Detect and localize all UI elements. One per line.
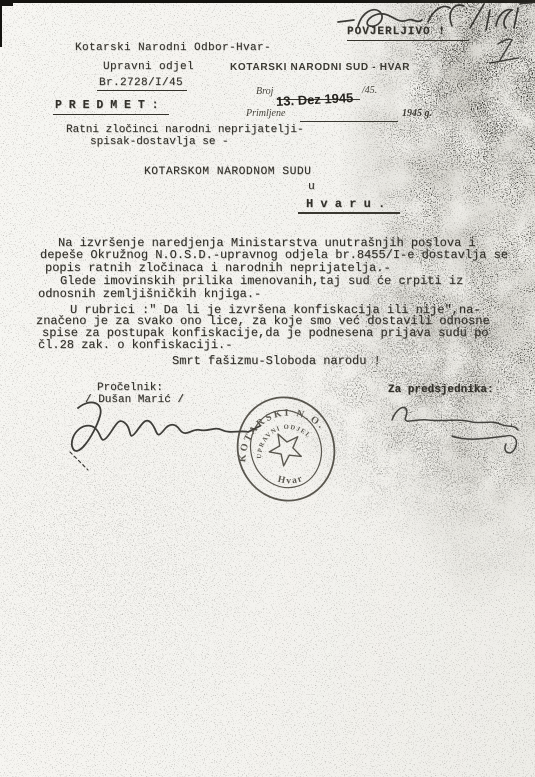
receipt-stamp-broj-suffix: /45. xyxy=(362,85,377,96)
scanned-document: POVJERLJIVO ! Kotarski Narodni Odbor-Hva… xyxy=(0,0,535,777)
signature-right-title: Za predsjednika: xyxy=(388,384,494,396)
body-line: popis ratnih zločinaca i narodnih neprij… xyxy=(45,261,391,275)
subject-label: P R E D M E T : xyxy=(53,99,169,115)
scan-edge-left xyxy=(0,3,2,47)
subject-line1: Ratni zločinci narodni neprijatelji- xyxy=(66,124,304,136)
scan-corner-mark xyxy=(0,0,13,6)
addressee-line1: KOTARSKOM NARODNOM SUDU xyxy=(144,166,311,178)
body-line: odnosnih zemljišničkih knjiga.- xyxy=(38,287,261,301)
handwritten-page-mark xyxy=(490,39,518,63)
receipt-stamp-received-label: Primljene xyxy=(246,108,285,119)
signature-left-ink xyxy=(70,402,260,470)
scan-noise-bottom-left xyxy=(0,400,300,770)
body-line: Glede imovinskih prilika imenovanih,taj … xyxy=(60,274,463,288)
receipt-stamp-title: KOTARSKI NARODNI SUD - HVAR xyxy=(230,62,410,73)
addressee-underline xyxy=(298,212,400,214)
closing-slogan: Smrt fašizmu-Sloboda narodu ! xyxy=(172,354,381,368)
receipt-stamp-broj-label: Broj xyxy=(256,86,273,97)
sender-org-line2: Upravni odjel xyxy=(103,61,194,73)
seal-outer-ring xyxy=(224,385,347,514)
seal-bottom-text: Hvar xyxy=(274,468,305,492)
receipt-stamp-received-suffix: 1945 g. xyxy=(402,108,432,119)
seal-inner-ring xyxy=(241,401,332,497)
seal-outer-text: KOTARSKI N.O. xyxy=(225,395,331,465)
sender-org-line1: Kotarski Narodni Odbor-Hvar- xyxy=(75,42,271,54)
scan-edge-top xyxy=(0,0,535,3)
receipt-stamp-received-line xyxy=(300,121,398,122)
date-stamp: 13. Dez 1945 xyxy=(276,90,354,109)
addressee-line2: u xyxy=(308,181,315,193)
body-line: čl.28 zak. o konfiskaciji.- xyxy=(38,338,232,352)
sender-number: Br.2728/I/45 xyxy=(97,77,187,91)
seal-inner-text: UPRAVNI ODJEL xyxy=(248,416,314,461)
signature-left-title: Pročelnik: xyxy=(97,382,163,394)
body-line: depeše Okružnog N.O.S.D.-upravnog odjela… xyxy=(40,248,508,262)
classification-label: POVJERLJIVO ! xyxy=(347,26,469,41)
signature-left-name: / Dušan Marić / xyxy=(85,394,184,406)
addressee-line3: H v a r u . xyxy=(306,197,385,211)
subject-line2: spisak-dostavlja se - xyxy=(90,136,229,148)
seal-star-icon xyxy=(265,428,305,468)
signature-right-ink xyxy=(392,407,518,452)
official-seal: KOTARSKI N.O. UPRAVNI ODJEL Hvar xyxy=(222,385,348,514)
